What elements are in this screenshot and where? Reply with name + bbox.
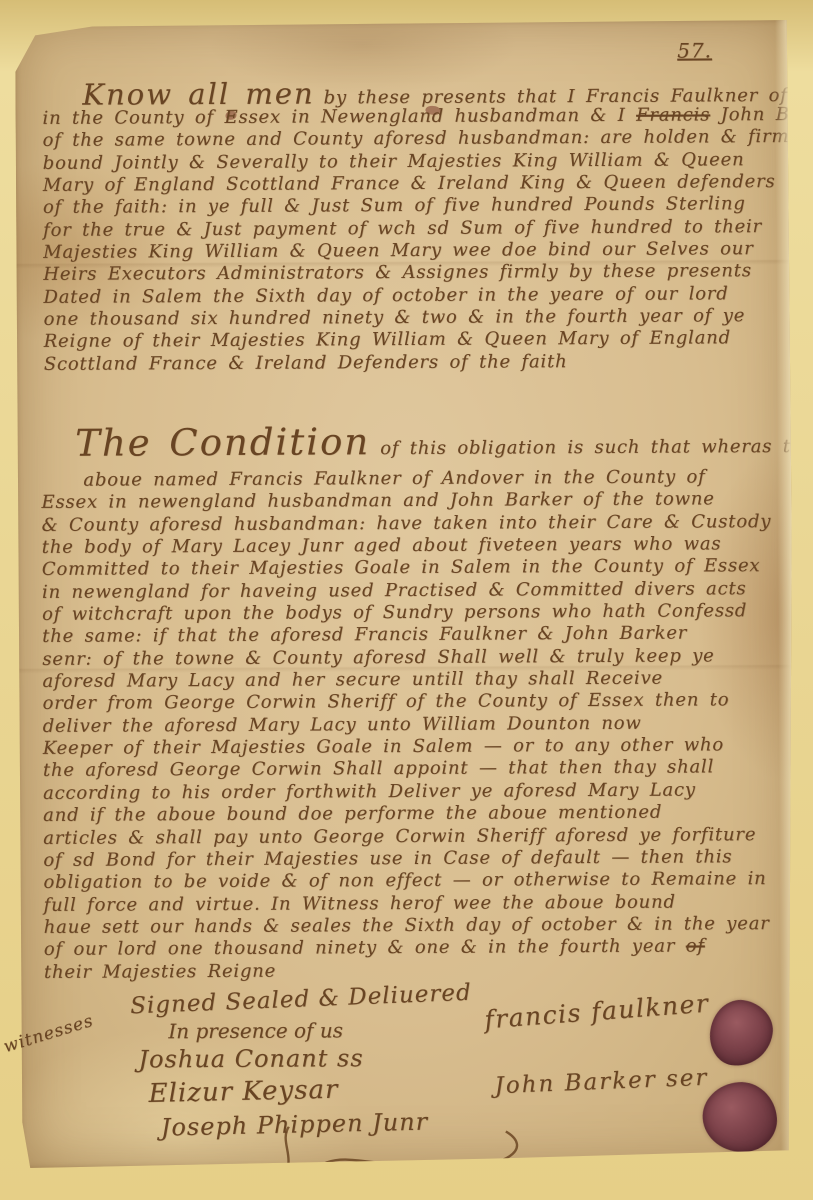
wax-seal-icon — [706, 996, 777, 1071]
line-text: of this obligation is such that wheras t… — [380, 436, 795, 459]
manuscript-line: their Majesties Reigne — [44, 958, 792, 984]
signature-john-barker: John Barker ser — [494, 1065, 709, 1100]
page-number: 57. — [677, 38, 712, 62]
attestation-line: In presence of us — [168, 1018, 343, 1043]
manuscript-line: Scottland France & Ireland Defenders of … — [44, 350, 786, 376]
paragraph-lines: aboue named Francis Faulkner of Andover … — [41, 466, 791, 939]
pen-flourish — [171, 1125, 531, 1168]
struck-word: Francis — [636, 104, 710, 125]
manuscript-line: The Conditionof this obligation is such … — [41, 418, 789, 470]
manuscript-line: Know all menby these presents that I Fra… — [42, 74, 784, 108]
bond-paragraph: Know all menby these presents that I Fra… — [42, 74, 786, 376]
line-text: John Barker — [710, 104, 795, 126]
witness-signature: Elizur Keysar — [148, 1075, 338, 1109]
manuscript-photo: 57. Know all menby these presents that I… — [0, 0, 813, 1200]
wax-seal-icon — [700, 1080, 779, 1155]
parchment-sheet: 57. Know all menby these presents that I… — [15, 20, 795, 1168]
attestation-line: Signed Sealed & Deliuered — [130, 980, 472, 1020]
line-text: of our lord one thousand ninety & one & … — [44, 936, 686, 960]
signature-francis-faulkner: francis faulkner — [483, 989, 710, 1035]
paragraph-lines: of the same towne and County aforesd hus… — [43, 126, 786, 376]
condition-paragraph: The Conditionof this obligation is such … — [41, 418, 792, 984]
line-text: in the County of Essex in Newengland hus… — [42, 105, 636, 129]
struck-word: of — [686, 936, 705, 957]
opening-words: The Condition — [75, 420, 370, 465]
witness-signature: Joshua Conant ss — [138, 1044, 363, 1073]
